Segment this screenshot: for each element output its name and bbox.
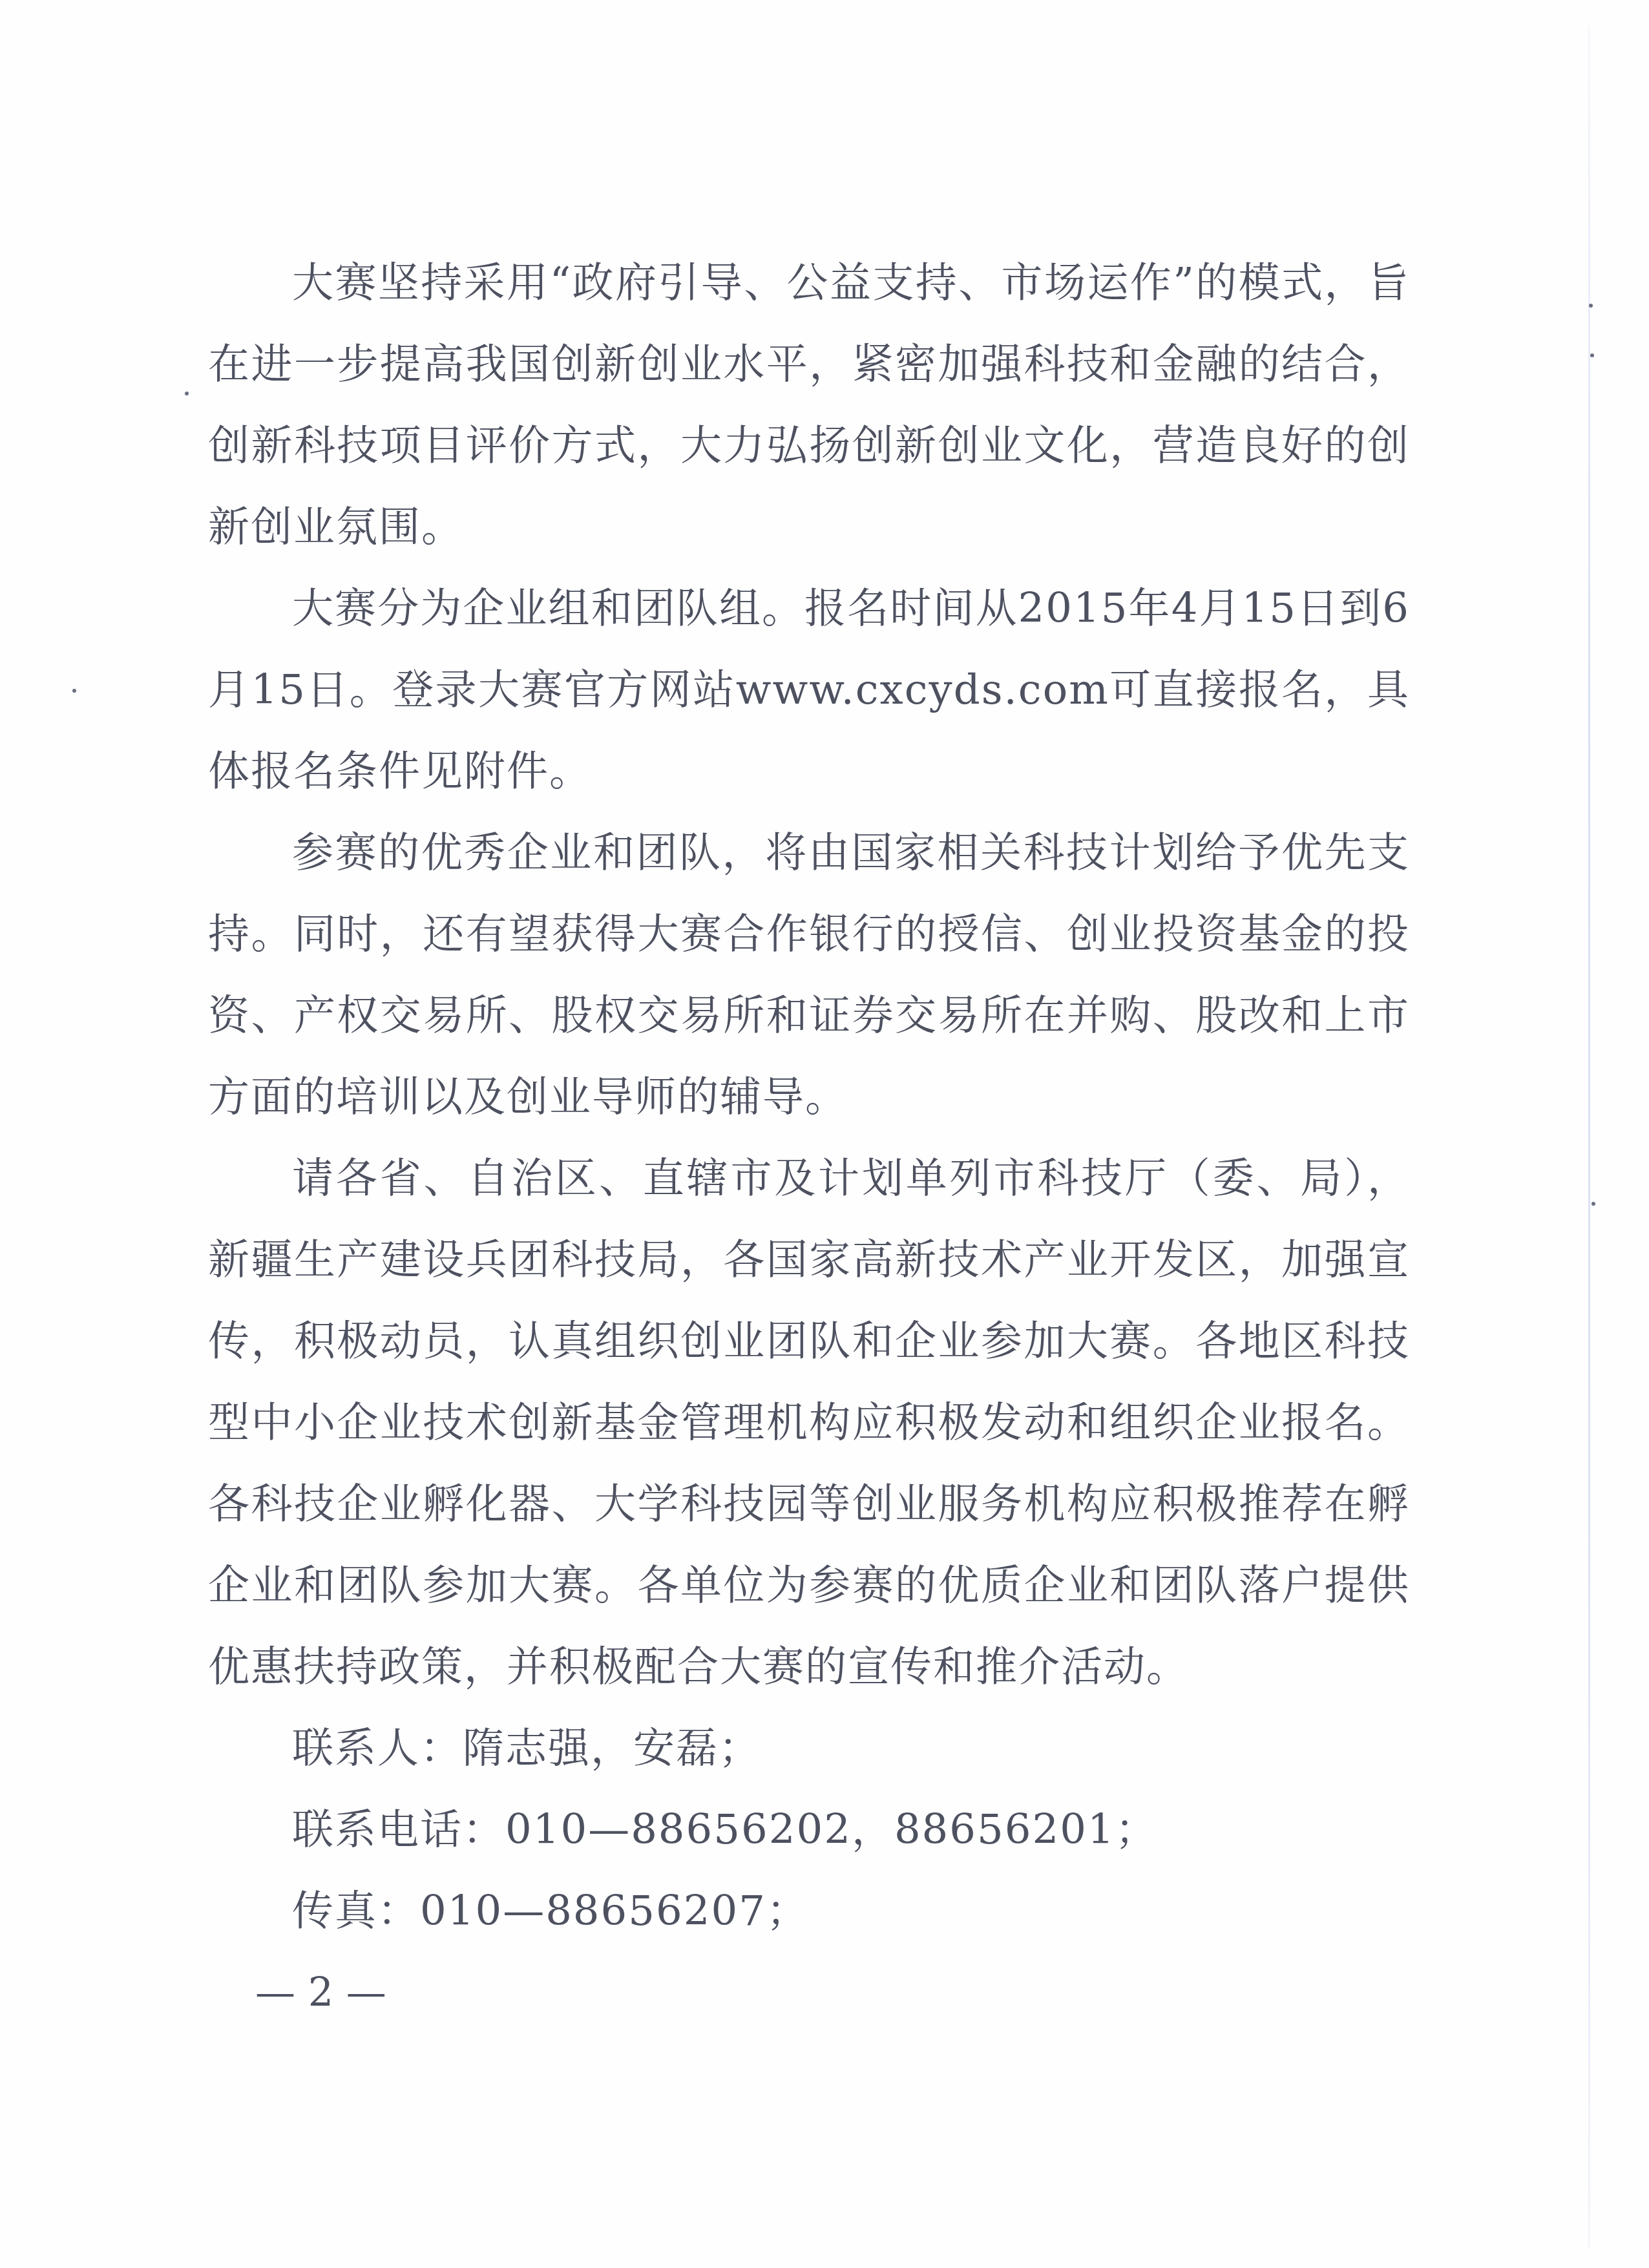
scan-speck [72,689,76,693]
page-number: — 2 — [255,1968,386,2017]
contact-person: 联系人：隋志强，安磊； [208,1708,1410,1789]
scan-speck [185,392,189,395]
paragraph-support: 参赛的优秀企业和团队，将由国家相关科技计划给予优先支持。同时，还有望获得大赛合作… [208,812,1410,1138]
document-page: 大赛坚持采用“政府引导、公益支持、市场运作”的模式，旨在进一步提高我国创新创业水… [0,0,1649,2268]
scan-speck [1590,353,1594,357]
contact-phone: 联系电话：010—88656202，88656201； [208,1789,1410,1871]
document-body: 大赛坚持采用“政府引导、公益支持、市场运作”的模式，旨在进一步提高我国创新创业水… [208,242,1410,1952]
scan-speck [1589,304,1593,308]
scan-speck [1591,1202,1595,1206]
paragraph-registration: 大赛分为企业组和团队组。报名时间从2015年4月15日到6月15日。登录大赛官方… [208,568,1410,812]
scan-edge-line [1588,26,1590,2249]
paragraph-competition-model: 大赛坚持采用“政府引导、公益支持、市场运作”的模式，旨在进一步提高我国创新创业水… [208,242,1410,568]
paragraph-organization-request: 请各省、自治区、直辖市及计划单列市科技厅（委、局），新疆生产建设兵团科技局，各国… [208,1138,1410,1708]
contact-fax: 传真：010—88656207； [208,1871,1410,1952]
